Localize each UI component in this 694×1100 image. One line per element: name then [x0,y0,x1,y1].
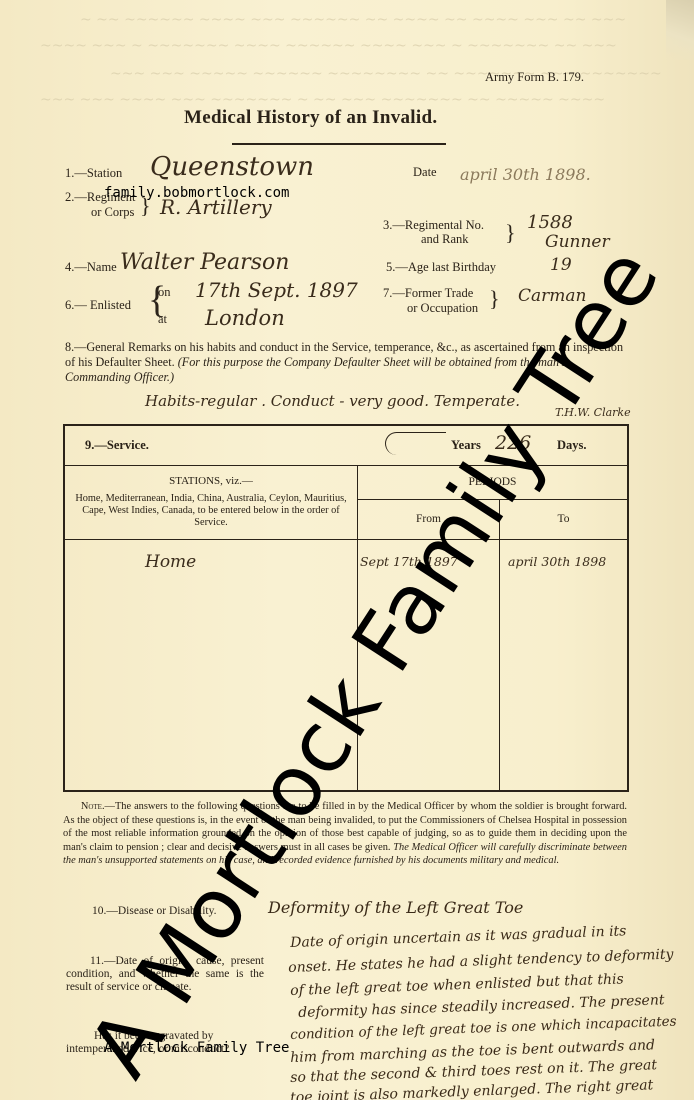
stations-heading: STATIONS, viz.— [71,475,351,487]
note-lead: Note.— [81,801,115,812]
corps-label: or Corps [91,205,134,220]
remarks-value: Habits-regular . Conduct - very good. Te… [145,392,520,410]
date-label: Date [413,165,437,180]
form-number: Army Form B. 179. [485,70,584,85]
enlisted-on-label: on [158,285,171,300]
stations-header: STATIONS, viz.— Home, Mediterranean, Ind… [64,465,358,539]
folded-corner [666,0,694,60]
service-label: 9.—Service. [85,438,149,453]
occupation-label: or Occupation [407,301,478,316]
stations-description: Home, Mediterranean, India, China, Austr… [71,493,351,529]
enlisted-on-value: 17th Sept. 1897 [195,278,358,302]
q11-answer-line: Date of origin uncertain as it was gradu… [290,923,627,951]
name-value: Walter Pearson [120,250,289,275]
brace: } [489,288,500,310]
bleed-through-text: ~ ~~ ~~~~~~ ~~~~ ~~~ ~~~~~~ ~~ ~~~~ ~~ ~… [80,12,626,28]
page-title: Medical History of an Invalid. [184,107,437,129]
enlisted-at-label: at [158,312,167,327]
pen-stroke [385,432,446,455]
age-label: 5.—Age last Birthday [386,260,496,275]
to-cell-value: april 30th 1898 [508,554,606,569]
bleed-through-text: ~~~~ ~~~ ~ ~~~~~~~ ~~~~ ~~~~~~ ~~~~ ~~~ … [40,38,617,54]
station-label: 1.—Station [65,166,122,181]
station-cell-value: Home [145,552,196,572]
title-underline [232,143,446,145]
station-value: Queenstown [150,152,314,182]
bleed-through-text: ~~~ ~~~ ~~~~ ~~~ ~~~~~~~ ~ ~~ ~~~ ~~~~~~… [40,92,605,108]
date-value: april 30th 1898. [460,165,591,184]
url-watermark: family.bobmortlock.com [104,185,289,201]
regimental-number-value: 1588 [527,212,573,233]
rank-label: and Rank [421,232,469,247]
to-cell: april 30th 1898 [500,539,629,791]
regimental-no-label: 3.—Regimental No. [383,218,484,233]
document-page: ~ ~~ ~~~~~~ ~~~~ ~~~ ~~~~~~ ~~ ~~~~ ~~ ~… [0,0,694,1100]
name-label: 4.—Name [65,260,117,275]
q10-answer: Deformity of the Left Great Toe [268,898,523,917]
former-trade-label: 7.—Former Trade [383,286,473,301]
brace: } [505,222,516,244]
enlisted-at-value: London [205,306,285,330]
enlisted-label: 6.— Enlisted [65,298,131,313]
medical-officer-note: Note.—The answers to the following quest… [63,800,627,868]
